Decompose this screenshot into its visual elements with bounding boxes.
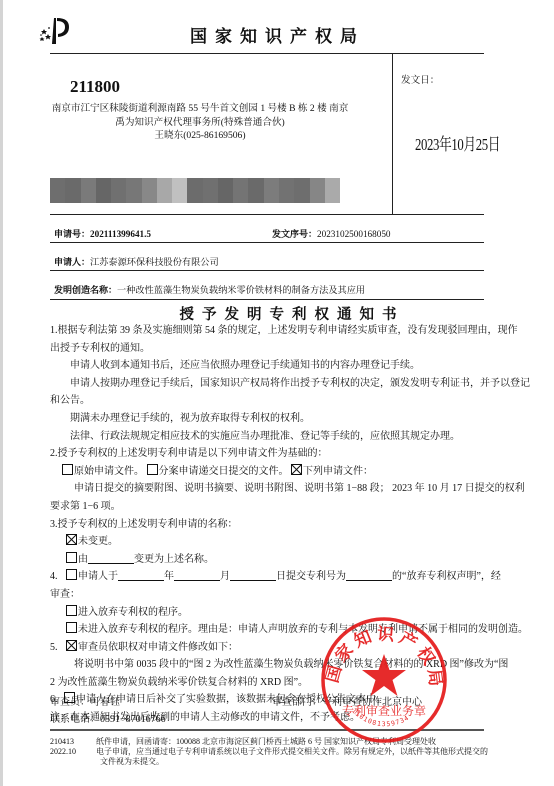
footer-line2: 电子申请，应当通过电子专利申请系统以电子文件形式提交相关文件。除另有规定外，以纸… bbox=[96, 747, 488, 757]
footer-code2: 2022.10 bbox=[50, 747, 76, 757]
dispatch-number: 2023102500168050 bbox=[317, 229, 391, 239]
application-number: 202111399641.5 bbox=[90, 229, 151, 239]
recipient-address-line1: 南京市江宁区秣陵街道利源南路 55 号牛首文创园 1 号楼 B 栋 2 楼 南京 bbox=[50, 104, 350, 114]
notice-title: 授予发明专利权通知书 bbox=[0, 303, 554, 324]
invention-label: 发明创造名称： bbox=[54, 286, 117, 296]
paragraph-registration: 申请人收到本通知书后，还应当依照办理登记手续通知书的内容办理登记手续。 bbox=[50, 357, 490, 375]
section-2-detail-line2: 要求第 1−6 项。 bbox=[50, 498, 490, 516]
department-label: 审查部门： bbox=[272, 697, 322, 708]
option-label: 原始申请文件。 bbox=[74, 466, 144, 477]
footer-line3: 文件视为未提交。 bbox=[100, 757, 164, 767]
phone-row: 联系电话：0591−87016766 bbox=[50, 711, 166, 729]
footer-code1: 210413 bbox=[50, 737, 74, 747]
text: 的“放弃专利权声明”，经 bbox=[392, 571, 501, 582]
paragraph-grant-line2: 和公告。 bbox=[50, 392, 490, 410]
text: 年 bbox=[164, 571, 174, 582]
paragraph-law: 法律、行政法规规定相应技术的实施应当办理批准、登记等手续的，应依照其规定办理。 bbox=[50, 428, 490, 446]
option-label: 下列申请文件： bbox=[303, 466, 373, 477]
cnipa-logo-icon bbox=[38, 14, 74, 46]
issue-date-label: 发文日： bbox=[401, 72, 439, 86]
section-2-title: 2.授予专利权的上述发明专利申请是以下列申请文件为基础的： bbox=[50, 445, 490, 463]
paragraph-grant-line1: 申请人按期办理登记手续后，国家知识产权局将作出授予专利权的决定，颁发发明专利证书… bbox=[50, 375, 490, 393]
phone-number: 0591−87016766 bbox=[100, 714, 166, 725]
blank-day bbox=[230, 570, 276, 581]
dispatch-number-row: 发文序号：2023102500168050 bbox=[272, 222, 391, 241]
section-2-options: 原始申请文件。 分案申请递交日提交的文件。 下列申请文件： bbox=[50, 463, 490, 481]
option-label: 变更为上述名称。 bbox=[134, 554, 214, 565]
issue-date-value: 2023年10月25日 bbox=[415, 130, 500, 155]
text: 月 bbox=[220, 571, 230, 582]
divider bbox=[50, 242, 484, 243]
checkbox-name-changed[interactable] bbox=[66, 552, 77, 563]
divider bbox=[50, 214, 484, 215]
blank-year bbox=[118, 570, 164, 581]
organization-title: 国家知识产权局 bbox=[190, 22, 365, 47]
examiner-label: 审查员： bbox=[50, 697, 90, 708]
section-4-line1: 4. 申请人于年月日提交专利号为的“放弃专利权声明”，经 bbox=[50, 568, 490, 586]
applicant: 江苏泰源环保科技股份有限公司 bbox=[90, 257, 219, 267]
checkbox-following-files[interactable] bbox=[291, 464, 302, 475]
divider bbox=[50, 270, 484, 271]
option-label: 审查员依职权对申请文件修改如下： bbox=[78, 642, 238, 653]
recipient-address-line2: 禹为知识产权代理事务所(特殊普通合伙) bbox=[50, 118, 350, 128]
section-4-line2: 审查： bbox=[50, 586, 490, 604]
option-label: 未变更。 bbox=[78, 536, 118, 547]
checkbox-examiner-amendment[interactable] bbox=[66, 640, 77, 651]
official-seal-stamp: 国家知识产权局 专利审查业务章 1101081359734 bbox=[318, 614, 450, 746]
postcode: 211800 bbox=[70, 77, 120, 97]
blank-field bbox=[88, 553, 134, 564]
dispatch-number-label: 发文序号： bbox=[272, 230, 317, 240]
option-label: 分案申请递交日提交的文件。 bbox=[159, 466, 289, 477]
applicant-label: 申请人： bbox=[54, 258, 90, 268]
checkbox-original-files[interactable] bbox=[62, 464, 73, 475]
text: 申请人于 bbox=[78, 571, 118, 582]
applicant-row: 申请人：江苏泰源环保科技股份有限公司 bbox=[54, 250, 219, 269]
phone-label: 联系电话： bbox=[50, 714, 100, 725]
paragraph-expiry: 期满未办理登记手续的，视为放弃取得专利权的权利。 bbox=[50, 410, 490, 428]
blank-patent-no bbox=[346, 570, 392, 581]
section-2-detail-line1: 申请日提交的摘要附图、说明书摘要、说明书附图、说明书第 1−88 段； 2023… bbox=[50, 480, 490, 498]
option-label: 由 bbox=[78, 554, 88, 565]
header-divider bbox=[50, 53, 484, 54]
page-edge bbox=[0, 0, 3, 786]
divider bbox=[50, 299, 484, 300]
section-3-option-unchanged: 未变更。 bbox=[50, 533, 490, 551]
date-column-divider bbox=[392, 54, 393, 214]
section-number: 4. bbox=[50, 571, 58, 582]
application-number-row: 申请号：202111399641.5 bbox=[54, 222, 151, 241]
section-3-title: 3.授予专利权的上述发明专利申请的名称： bbox=[50, 516, 490, 534]
section-1-line2: 出授予专利权的通知。 bbox=[50, 340, 490, 358]
blank-month bbox=[174, 570, 220, 581]
checkbox-not-enter-waiver[interactable] bbox=[66, 622, 77, 633]
redacted-block bbox=[50, 172, 340, 205]
section-1-line1: 1.根据专利法第 39 条及实施细则第 54 条的规定，上述发明专利申请经实质审… bbox=[50, 322, 490, 340]
star-icon bbox=[362, 654, 406, 696]
text: 日提交专利号为 bbox=[276, 571, 346, 582]
checkbox-waiver[interactable] bbox=[66, 569, 77, 580]
application-number-label: 申请号： bbox=[54, 230, 90, 240]
checkbox-enter-waiver[interactable] bbox=[66, 605, 77, 616]
examiner-row: 审查员：可春钰 bbox=[50, 694, 120, 712]
examiner-name: 可春钰 bbox=[90, 697, 120, 708]
section-3-option-changed: 由变更为上述名称。 bbox=[50, 551, 490, 569]
option-label: 未进入放弃专利权的程序。理由是：申请人声明放弃的专利与本发明专利申请不属于相同的… bbox=[78, 624, 528, 635]
recipient-contact: 王晓东(025-86169506) bbox=[50, 131, 350, 141]
section-number: 5. bbox=[50, 642, 58, 653]
invention-row: 发明创造名称：一种改性蓝藻生物炭负载纳米零价铁材料的制备方法及其应用 bbox=[54, 278, 365, 297]
checkbox-divisional-files[interactable] bbox=[147, 464, 158, 475]
checkbox-name-unchanged[interactable] bbox=[66, 534, 77, 545]
option-label: 进入放弃专利权的程序。 bbox=[78, 607, 188, 618]
invention-title: 一种改性蓝藻生物炭负载纳米零价铁材料的制备方法及其应用 bbox=[117, 285, 365, 295]
